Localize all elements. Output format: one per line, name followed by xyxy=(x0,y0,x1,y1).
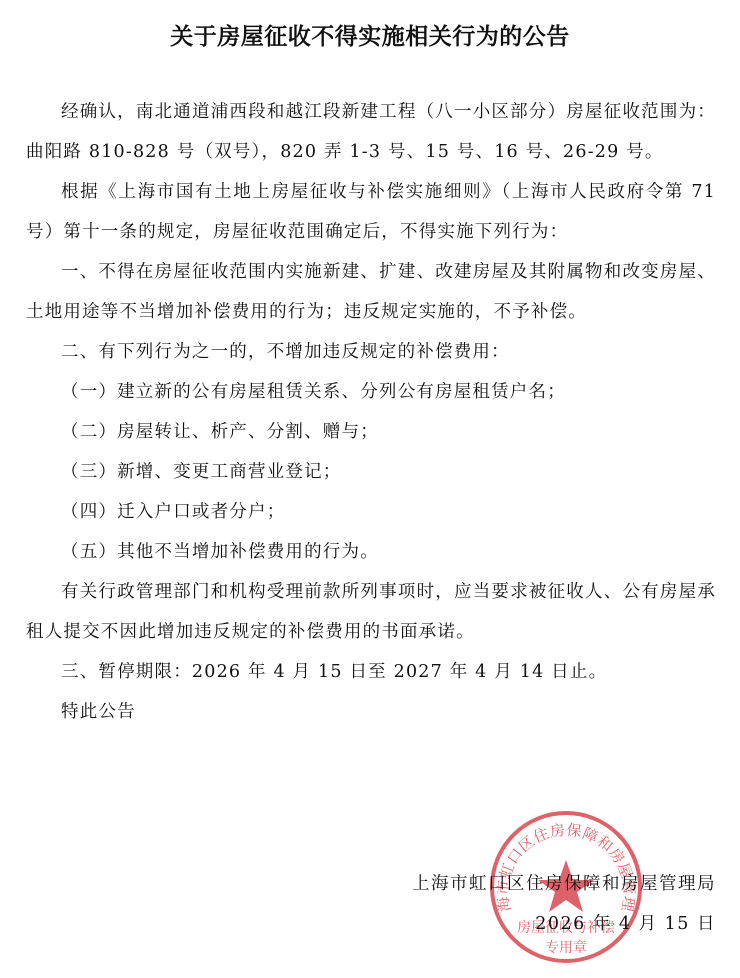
paragraph-item-two: 二、有下列行为之一的，不增加违反规定的补偿费用： xyxy=(26,332,716,372)
sub-item-2: （二）房屋转让、析产、分割、赠与； xyxy=(26,412,716,452)
notice-body: 经确认，南北通道浦西段和越江段新建工程（八一小区部分）房屋征收范围为：曲阳路 8… xyxy=(26,92,716,732)
issue-date: 2026 年 4 月 15 日 xyxy=(412,904,716,944)
paragraph-closing: 特此公告 xyxy=(26,692,716,732)
issuer-name: 上海市虹口区住房保障和房屋管理局 xyxy=(412,864,716,904)
signature-block: 上海市虹口区住房保障和房屋管理局 2026 年 4 月 15 日 xyxy=(412,864,716,944)
sub-item-1: （一）建立新的公有房屋租赁关系、分列公有房屋租赁户名； xyxy=(26,372,716,412)
paragraph-commitment: 有关行政管理部门和机构受理前款所列事项时，应当要求被征收人、公有房屋承租人提交不… xyxy=(26,572,716,652)
paragraph-legal-basis: 根据《上海市国有土地上房屋征收与补偿实施细则》（上海市人民政府令第 71 号）第… xyxy=(26,172,716,252)
paragraph-scope: 经确认，南北通道浦西段和越江段新建工程（八一小区部分）房屋征收范围为：曲阳路 8… xyxy=(26,92,716,172)
notice-title: 关于房屋征收不得实施相关行为的公告 xyxy=(0,18,740,51)
sub-item-3: （三）新增、变更工商营业登记； xyxy=(26,452,716,492)
paragraph-item-one: 一、不得在房屋征收范围内实施新建、扩建、改建房屋及其附属物和改变房屋、土地用途等… xyxy=(26,252,716,332)
paragraph-suspension-period: 三、暂停期限：2026 年 4 月 15 日至 2027 年 4 月 14 日止… xyxy=(26,652,716,692)
sub-item-4: （四）迁入户口或者分户； xyxy=(26,492,716,532)
sub-item-5: （五）其他不当增加补偿费用的行为。 xyxy=(26,532,716,572)
